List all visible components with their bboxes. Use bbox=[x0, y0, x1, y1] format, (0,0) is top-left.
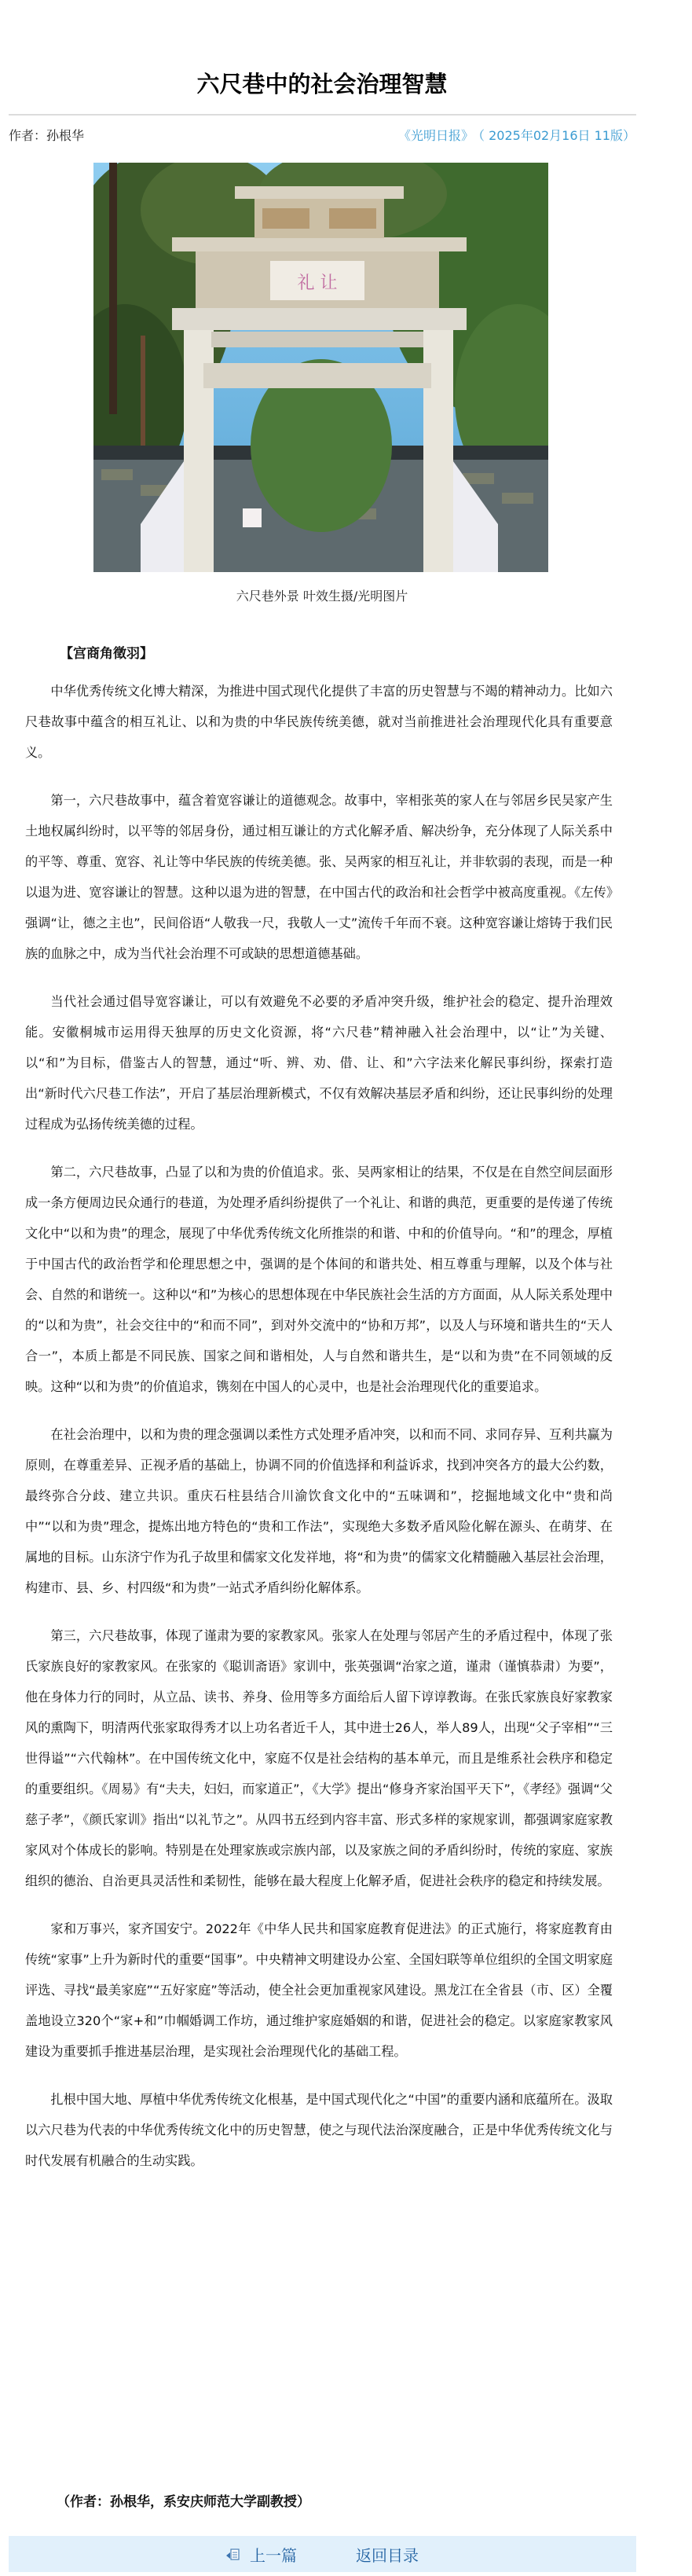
previous-article-link[interactable]: 上一篇 bbox=[226, 2543, 297, 2566]
paragraph: 扎根中国大地、厚植中华优秀传统文化根基，是中国式现代化之“中国”的重要内涵和底蕴… bbox=[25, 2084, 613, 2176]
source-info: 《光明日报》（ 2025年02月16日 11版） bbox=[398, 127, 635, 145]
photo-caption: 六尺巷外景 叶效生摄/光明图片 bbox=[0, 588, 644, 605]
memorial-archway-photo-icon: 礼 让 bbox=[93, 163, 548, 572]
article-nav-bar: 上一篇 返回目录 bbox=[9, 2536, 636, 2572]
paragraph: 第一，六尺巷故事中，蕴含着宽容谦让的道德观念。故事中，宰相张英的家人在与邻居乡民… bbox=[25, 785, 613, 969]
newspaper-link[interactable]: 《光明日报》 bbox=[398, 128, 474, 143]
svg-text:礼 让: 礼 让 bbox=[298, 273, 338, 293]
title-divider bbox=[9, 114, 636, 116]
paragraph: 第二，六尺巷故事，凸显了以和为贵的价值追求。张、吴两家相让的结果，不仅是在自然空… bbox=[25, 1157, 613, 1402]
paragraph: 中华优秀传统文化博大精深，为推进中国式现代化提供了丰富的历史智慧与不竭的精神动力… bbox=[25, 676, 613, 768]
previous-article-label: 上一篇 bbox=[250, 2543, 297, 2566]
back-to-toc-link[interactable]: 返回目录 bbox=[356, 2543, 419, 2566]
publish-date-edition: （ 2025年02月16日 11版） bbox=[478, 128, 635, 143]
author-signature: （作者：孙根华，系安庆师范大学副教授） bbox=[57, 2493, 310, 2512]
paragraph: 当代社会通过倡导宽容谦让，可以有效避免不必要的矛盾冲突升级，维护社会的稳定、提升… bbox=[25, 986, 613, 1139]
paragraph: 在社会治理中，以和为贵的理念强调以柔性方式处理矛盾冲突，以和而不同、求同存异、互… bbox=[25, 1419, 613, 1603]
paragraph: 第三，六尺巷故事，体现了谨肃为要的家教家风。张家人在处理与邻居产生的矛盾过程中，… bbox=[25, 1620, 613, 1896]
article-photo: 礼 让 bbox=[93, 163, 548, 572]
author-byline: 作者：孙根华 bbox=[9, 127, 84, 145]
article-body: 中华优秀传统文化博大精深，为推进中国式现代化提供了丰富的历史智慧与不竭的精神动力… bbox=[25, 676, 613, 2193]
article-title: 六尺巷中的社会治理智慧 bbox=[0, 68, 644, 100]
back-document-icon bbox=[226, 2547, 240, 2561]
column-heading: 【宫商角徵羽】 bbox=[60, 644, 153, 663]
paragraph: 家和万事兴，家齐国安宁。2022年《中华人民共和国家庭教育促进法》的正式施行，将… bbox=[25, 1914, 613, 2067]
